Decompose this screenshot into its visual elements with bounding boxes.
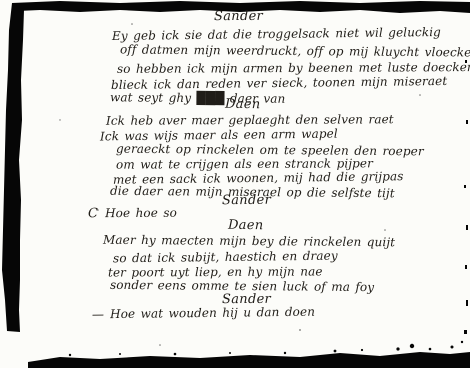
speaker-heading: Sander: [222, 193, 271, 209]
manuscript-scan-page: Sander Ey geb ick sie dat die troggelsac…: [0, 0, 470, 368]
verse-line: Ick heb aver maer geplaeght den selven r…: [106, 112, 394, 128]
scan-border-left: [2, 3, 24, 332]
verse-line: blieck ick dan reden ver sieck, toonen m…: [111, 74, 447, 92]
speaker-heading: Daen: [228, 218, 264, 233]
verse-line: geraeckt op rinckelen om te speelen den …: [116, 142, 424, 159]
verse-line-text: Hoe hoe so: [105, 206, 177, 220]
verse-line: CHoe hoe so: [88, 206, 177, 221]
verse-line: so dat ick subijt, haestich en draey: [113, 249, 338, 266]
verse-line-text: Hoe wat wouden hij u dan doen: [110, 305, 315, 322]
verse-line: off datmen mijn weerdruckt, off op mij k…: [120, 42, 470, 59]
leading-dash: —: [92, 307, 104, 321]
speaker-heading: Sander: [214, 9, 263, 24]
scan-border-bottom: [28, 352, 470, 368]
verse-line: Ey geb ick sie dat die troggelsack niet …: [112, 25, 441, 43]
verse-line: Maer hy maecten mijn bey die rinckelen q…: [103, 233, 395, 250]
speaker-heading: Daen: [225, 97, 261, 112]
paragraph-mark: C: [88, 206, 98, 221]
verse-line: —Hoe wat wouden hij u dan doen: [92, 305, 315, 322]
